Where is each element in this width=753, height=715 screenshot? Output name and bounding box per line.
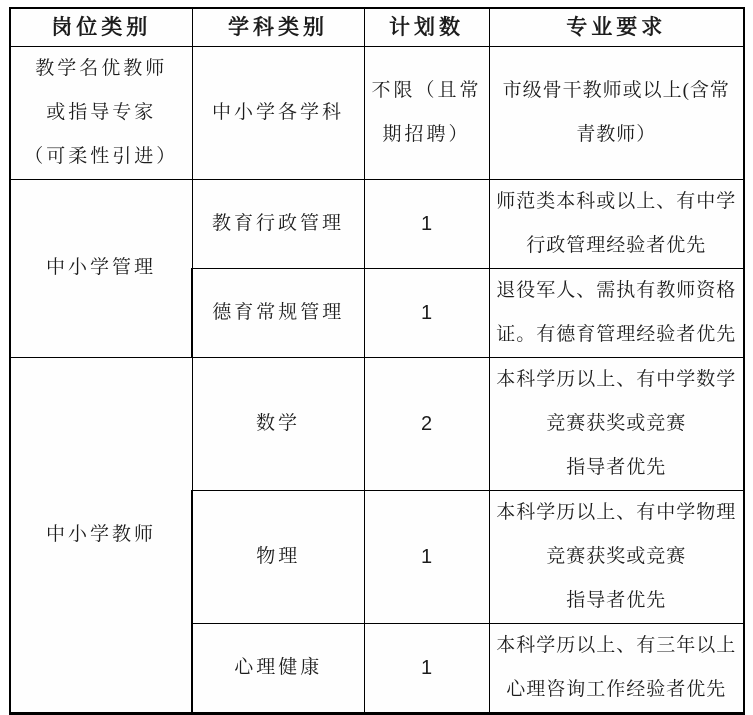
subject-cell: 物理	[192, 490, 364, 623]
col-header-subject-category: 学科类别	[192, 8, 364, 46]
table-row: 中小学教师 数学 2 本科学历以上、有中学数学 竞赛获奖或竞赛 指导者优先	[10, 357, 744, 490]
category-cell-school-management: 中小学管理	[10, 179, 192, 357]
col-header-position-category: 岗位类别	[10, 8, 192, 46]
subject-cell: 心理健康	[192, 623, 364, 705]
plan-cell: 2	[364, 357, 489, 490]
subject-cell: 德育常规管理	[192, 268, 364, 357]
table-row: 教学名优教师 或指导专家 （可柔性引进） 中小学各学科 不限（且常 期招聘） 市…	[10, 46, 744, 179]
plan-cell: 1	[364, 490, 489, 623]
requirement-cell: 师范类本科或以上、有中学 行政管理经验者优先	[489, 179, 744, 268]
plan-cell: 1	[364, 179, 489, 268]
requirement-cell: 本科学历以上、有三年以上 心理咨询工作经验者优先	[489, 623, 744, 705]
job-plan-table: 岗位类别 学科类别 计划数 专业要求 教学名优教师 或指导专家 （可柔性引进） …	[9, 7, 745, 705]
col-header-requirements: 专业要求	[489, 8, 744, 46]
table-row: 中小学管理 教育行政管理 1 师范类本科或以上、有中学 行政管理经验者优先	[10, 179, 744, 268]
col-header-plan-count: 计划数	[364, 8, 489, 46]
category-cell-famous-teacher: 教学名优教师 或指导专家 （可柔性引进）	[10, 46, 192, 179]
requirement-cell: 本科学历以上、有中学物理 竞赛获奖或竞赛 指导者优先	[489, 490, 744, 623]
category-cell-school-teacher: 中小学教师	[10, 357, 192, 705]
subject-cell: 中小学各学科	[192, 46, 364, 179]
requirement-cell: 本科学历以上、有中学数学 竞赛获奖或竞赛 指导者优先	[489, 357, 744, 490]
requirement-cell: 市级骨干教师或以上(含常 青教师）	[489, 46, 744, 179]
subject-cell: 数学	[192, 357, 364, 490]
plan-cell: 1	[364, 623, 489, 705]
requirement-cell: 退役军人、需执有教师资格 证。有德育管理经验者优先	[489, 268, 744, 357]
plan-cell: 不限（且常 期招聘）	[364, 46, 489, 179]
plan-cell: 1	[364, 268, 489, 357]
subject-cell: 教育行政管理	[192, 179, 364, 268]
header-row: 岗位类别 学科类别 计划数 专业要求	[10, 8, 744, 46]
